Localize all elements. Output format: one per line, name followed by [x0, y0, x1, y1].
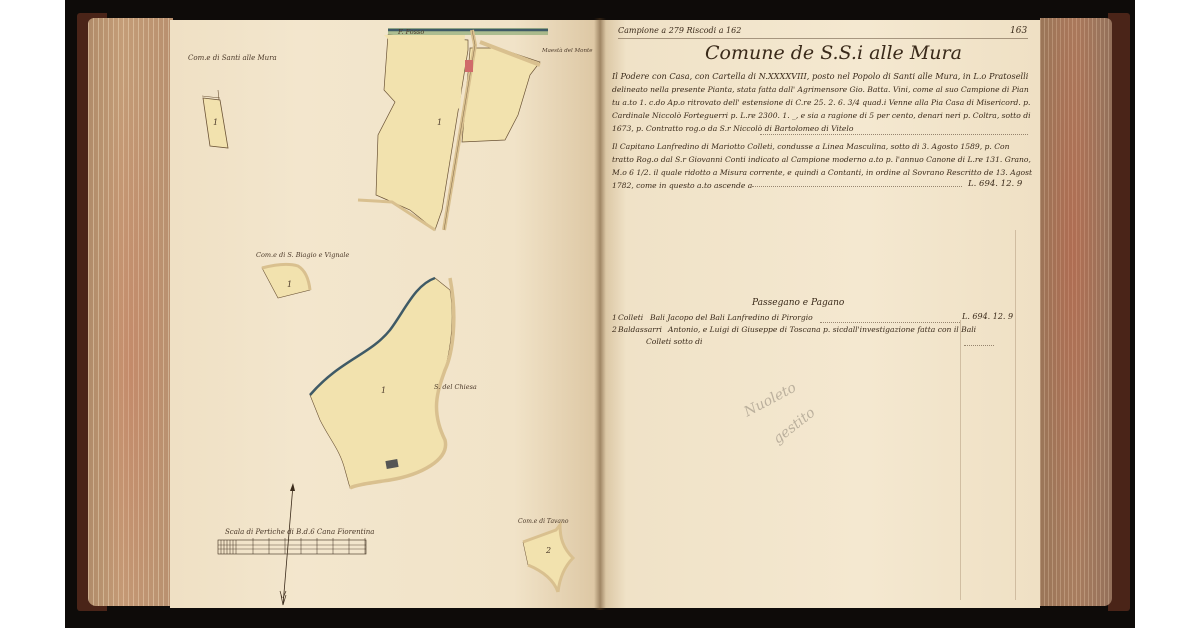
map1-title: Com.e di Santi alle Mura: [188, 54, 277, 62]
entry-2-continuation: Colleti sotto di: [646, 337, 702, 346]
scale-bar: [218, 538, 368, 558]
entry-2-index: 2: [612, 325, 617, 334]
map2-title: F. Fosso: [398, 28, 424, 36]
map2-parcel-number: 1: [437, 118, 442, 127]
paragraph-1-line: tu a.to 1. c.do Ap.o ritrovato dell' est…: [612, 96, 1032, 109]
paragraph-1-line: delineato nella presente Pianta, stata f…: [612, 83, 1032, 96]
header-rule: [618, 38, 1028, 39]
entry-1-amount: L. 694. 12. 9: [962, 312, 1013, 321]
map5-parcel: [518, 520, 578, 595]
page-number: 163: [1010, 26, 1027, 36]
fore-edge-right: [1040, 18, 1112, 606]
scale-bar-label: Scala di Pertiche di B.d.6 Cana Fiorenti…: [225, 528, 374, 536]
header-campione: Campione a 279 Riscodi a 162: [618, 26, 741, 35]
entry-1-text: Bali Jacopo del Bali Lanfredino di Piror…: [650, 313, 813, 322]
inner-column-rule: [960, 320, 961, 600]
amount-column-rule: [1015, 230, 1016, 600]
fore-edge-left: [88, 18, 173, 606]
paragraph-2-leader: [752, 186, 962, 187]
paragraph-1: Il Podere con Casa, con Cartella di N.XX…: [612, 70, 1032, 135]
map1-parcel-number: 1: [213, 118, 218, 127]
entry-1-prefix: Colleti: [618, 313, 643, 322]
map4-parcel-number: 1: [381, 386, 386, 395]
map2-label-maesta: Maestà del Monte: [542, 48, 592, 54]
entry-1-leader: [820, 322, 960, 323]
paragraph-2-amount: L. 694. 12. 9: [968, 179, 1022, 189]
page-title: Comune de S.S.i alle Mura: [705, 42, 962, 64]
paragraph-2-line: M.o 6 1/2. il quale ridotto a Misura cor…: [612, 166, 1032, 179]
paragraph-1-line: Cardinale Niccolò Forteguerri p. L.re 23…: [612, 109, 1032, 122]
map3-parcel-number: 1: [287, 280, 292, 289]
paragraph-2-line: Il Capitano Lanfredino di Mariotto Colle…: [612, 140, 1032, 153]
subsection-title: Passegano e Pagano: [752, 298, 844, 308]
paragraph-1-line: Il Podere con Casa, con Cartella di N.XX…: [612, 70, 1032, 83]
entry-2-prefix: Baldassarri: [618, 325, 662, 334]
book-gutter: [594, 18, 606, 610]
map4-label-chiesa: S. del Chiesa: [434, 383, 477, 391]
paragraph-2-line: tratto Rog.o dal S.r Giovanni Conti indi…: [612, 153, 1032, 166]
entry-2-text: Antonio, e Luigi di Giuseppe di Toscana …: [668, 325, 976, 334]
entry-2-amount-placeholder: [964, 345, 994, 346]
map5-parcel-number: 2: [546, 546, 551, 555]
entry-1-index: 1: [612, 313, 617, 322]
map3-title: Com.e di S. Biagio e Vignale: [256, 251, 349, 259]
paragraph-1-leader: [760, 134, 1028, 135]
